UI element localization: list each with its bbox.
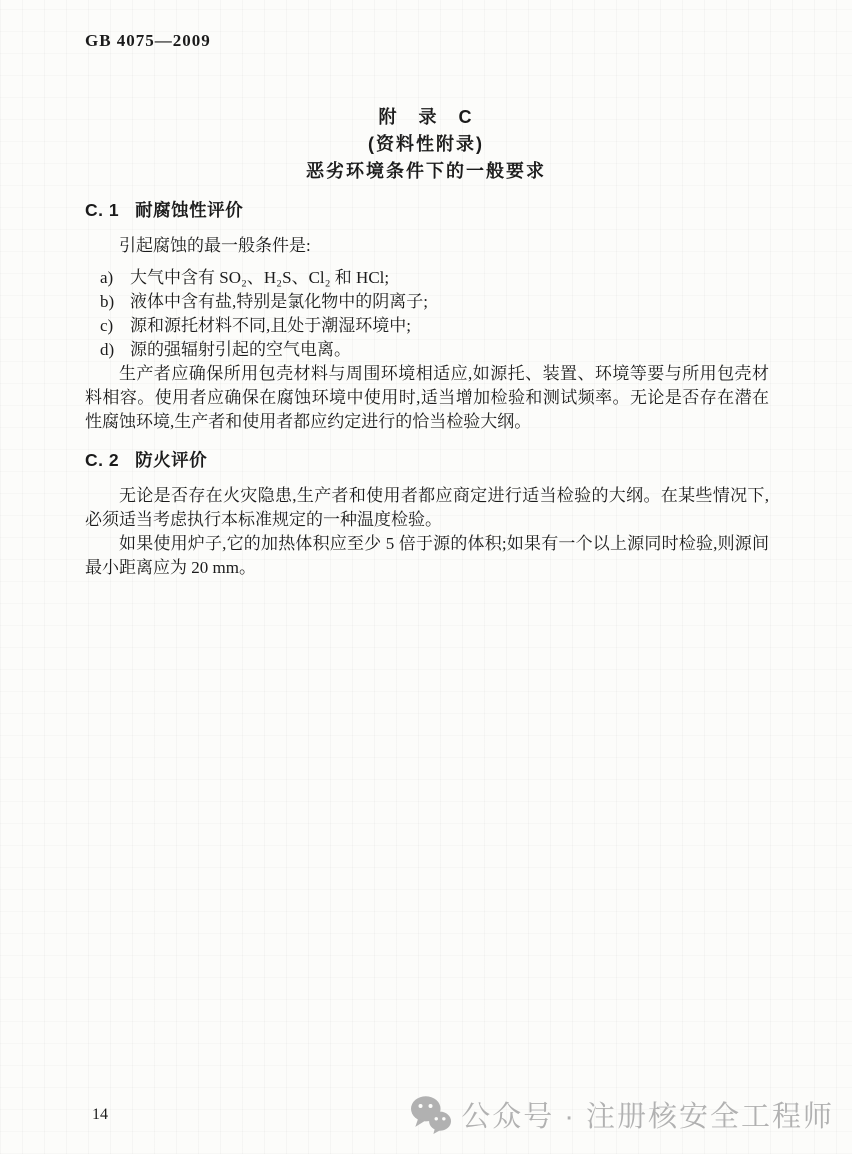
- list-item-c: c) 源和源托材料不同,且处于潮湿环境中;: [85, 314, 769, 338]
- list-item-a: a) 大气中含有 SO₂、H₂S、Cl₂ 和 HCl;: [85, 266, 769, 290]
- list-text: 源的强辐射引起的空气电离。: [130, 338, 351, 362]
- list-marker: d): [100, 338, 130, 362]
- appendix-title-block: 附 录 C (资料性附录) 恶劣环境条件下的一般要求: [0, 104, 852, 185]
- section-c2-title: 防火评价: [135, 450, 207, 470]
- c1-intro-paragraph: 引起腐蚀的最一般条件是:: [85, 234, 769, 258]
- appendix-title: 附 录 C: [0, 104, 852, 131]
- list-item-b: b) 液体中含有盐,特别是氯化物中的阴离子;: [85, 290, 769, 314]
- c2-paragraph-2: 如果使用炉子,它的加热体积应至少 5 倍于源的体积;如果有一个以上源同时检验,则…: [85, 532, 769, 580]
- appendix-heading: 恶劣环境条件下的一般要求: [0, 158, 852, 185]
- section-c1-heading: C. 1耐腐蚀性评价: [85, 198, 769, 222]
- watermark: 公众号 · 注册核安全工程师: [410, 1094, 834, 1135]
- section-c2-number: C. 2: [85, 450, 119, 470]
- list-text: 源和源托材料不同,且处于潮湿环境中;: [130, 314, 411, 338]
- watermark-text: 公众号 · 注册核安全工程师: [461, 1094, 834, 1135]
- document-body: C. 1耐腐蚀性评价 引起腐蚀的最一般条件是: a) 大气中含有 SO₂、H₂S…: [85, 198, 769, 580]
- list-marker: c): [100, 314, 130, 338]
- list-item-d: d) 源的强辐射引起的空气电离。: [85, 338, 769, 362]
- list-text: 大气中含有 SO₂、H₂S、Cl₂ 和 HCl;: [130, 266, 389, 290]
- list-marker: a): [100, 266, 130, 290]
- document-page: GB 4075—2009 附 录 C (资料性附录) 恶劣环境条件下的一般要求 …: [0, 0, 852, 1154]
- appendix-subtitle: (资料性附录): [0, 131, 852, 158]
- section-c1-number: C. 1: [85, 200, 119, 220]
- list-marker: b): [100, 290, 130, 314]
- page-number: 14: [92, 1106, 108, 1124]
- c2-paragraph-1: 无论是否存在火灾隐患,生产者和使用者都应商定进行适当检验的大纲。在某些情况下,必…: [85, 484, 769, 532]
- section-c1-title: 耐腐蚀性评价: [135, 200, 243, 220]
- list-text: 液体中含有盐,特别是氯化物中的阴离子;: [130, 290, 428, 314]
- standard-number: GB 4075—2009: [85, 31, 211, 51]
- wechat-icon: [410, 1095, 452, 1135]
- corrosion-conditions-list: a) 大气中含有 SO₂、H₂S、Cl₂ 和 HCl; b) 液体中含有盐,特别…: [85, 266, 769, 362]
- section-c2-heading: C. 2防火评价: [85, 448, 769, 472]
- c1-paragraph: 生产者应确保所用包壳材料与周围环境相适应,如源托、装置、环境等要与所用包壳材料相…: [85, 362, 769, 434]
